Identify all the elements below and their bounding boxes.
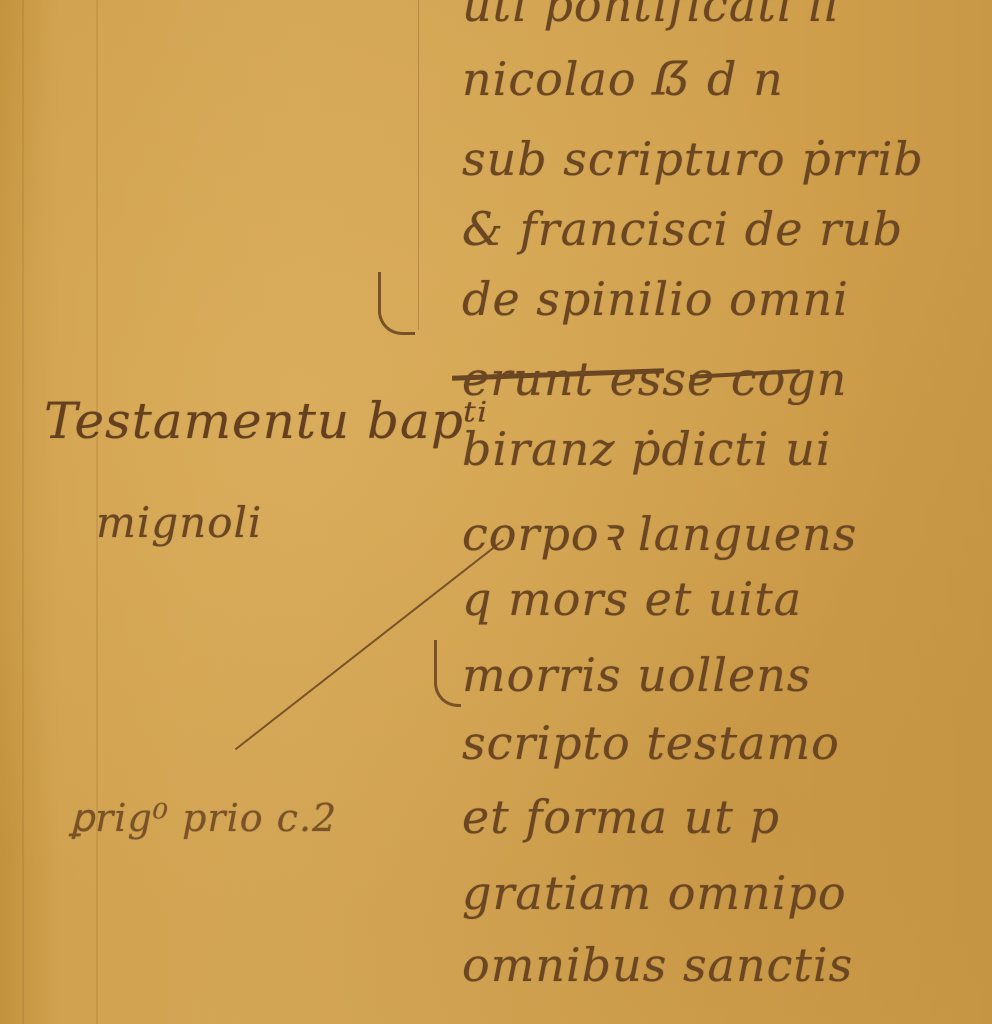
text-line: q mors et uita — [462, 572, 802, 626]
text-line: et forma ut p — [462, 790, 780, 844]
margin-subtitle: mignoli — [96, 498, 262, 547]
manuscript-page: Testamentu bapᵗⁱ mignoli ꝑrig⁰ prio c.2 … — [0, 0, 992, 1024]
text-line: scripto testamo — [462, 716, 840, 770]
text-line: corpoꝛ languens — [462, 502, 857, 564]
text-line: gratiam omnipo — [462, 866, 847, 920]
text-line: uti pontificati ii — [462, 0, 840, 32]
text-line: nicolao ẞ d n — [462, 52, 784, 106]
margin-reference: ꝑrig⁰ prio c.2 — [70, 796, 337, 840]
text-line: erunt esse cogn — [462, 352, 847, 406]
text-line: sub scripturo ṗrrib — [462, 132, 924, 186]
margin-title: Testamentu bapᵗⁱ — [44, 392, 488, 450]
margin-bracket — [378, 272, 415, 335]
text-line: omnibus sanctis — [462, 938, 853, 992]
margin-bracket — [434, 640, 461, 707]
margin-ruling-line — [418, 0, 419, 330]
text-line: morris uollens — [462, 648, 811, 702]
text-line: & francisci de rub — [462, 202, 903, 256]
paper-fold-line — [22, 0, 24, 1024]
text-line: biranz ṗdicti ui — [462, 422, 832, 476]
text-line: de spinilio omni — [462, 272, 849, 326]
